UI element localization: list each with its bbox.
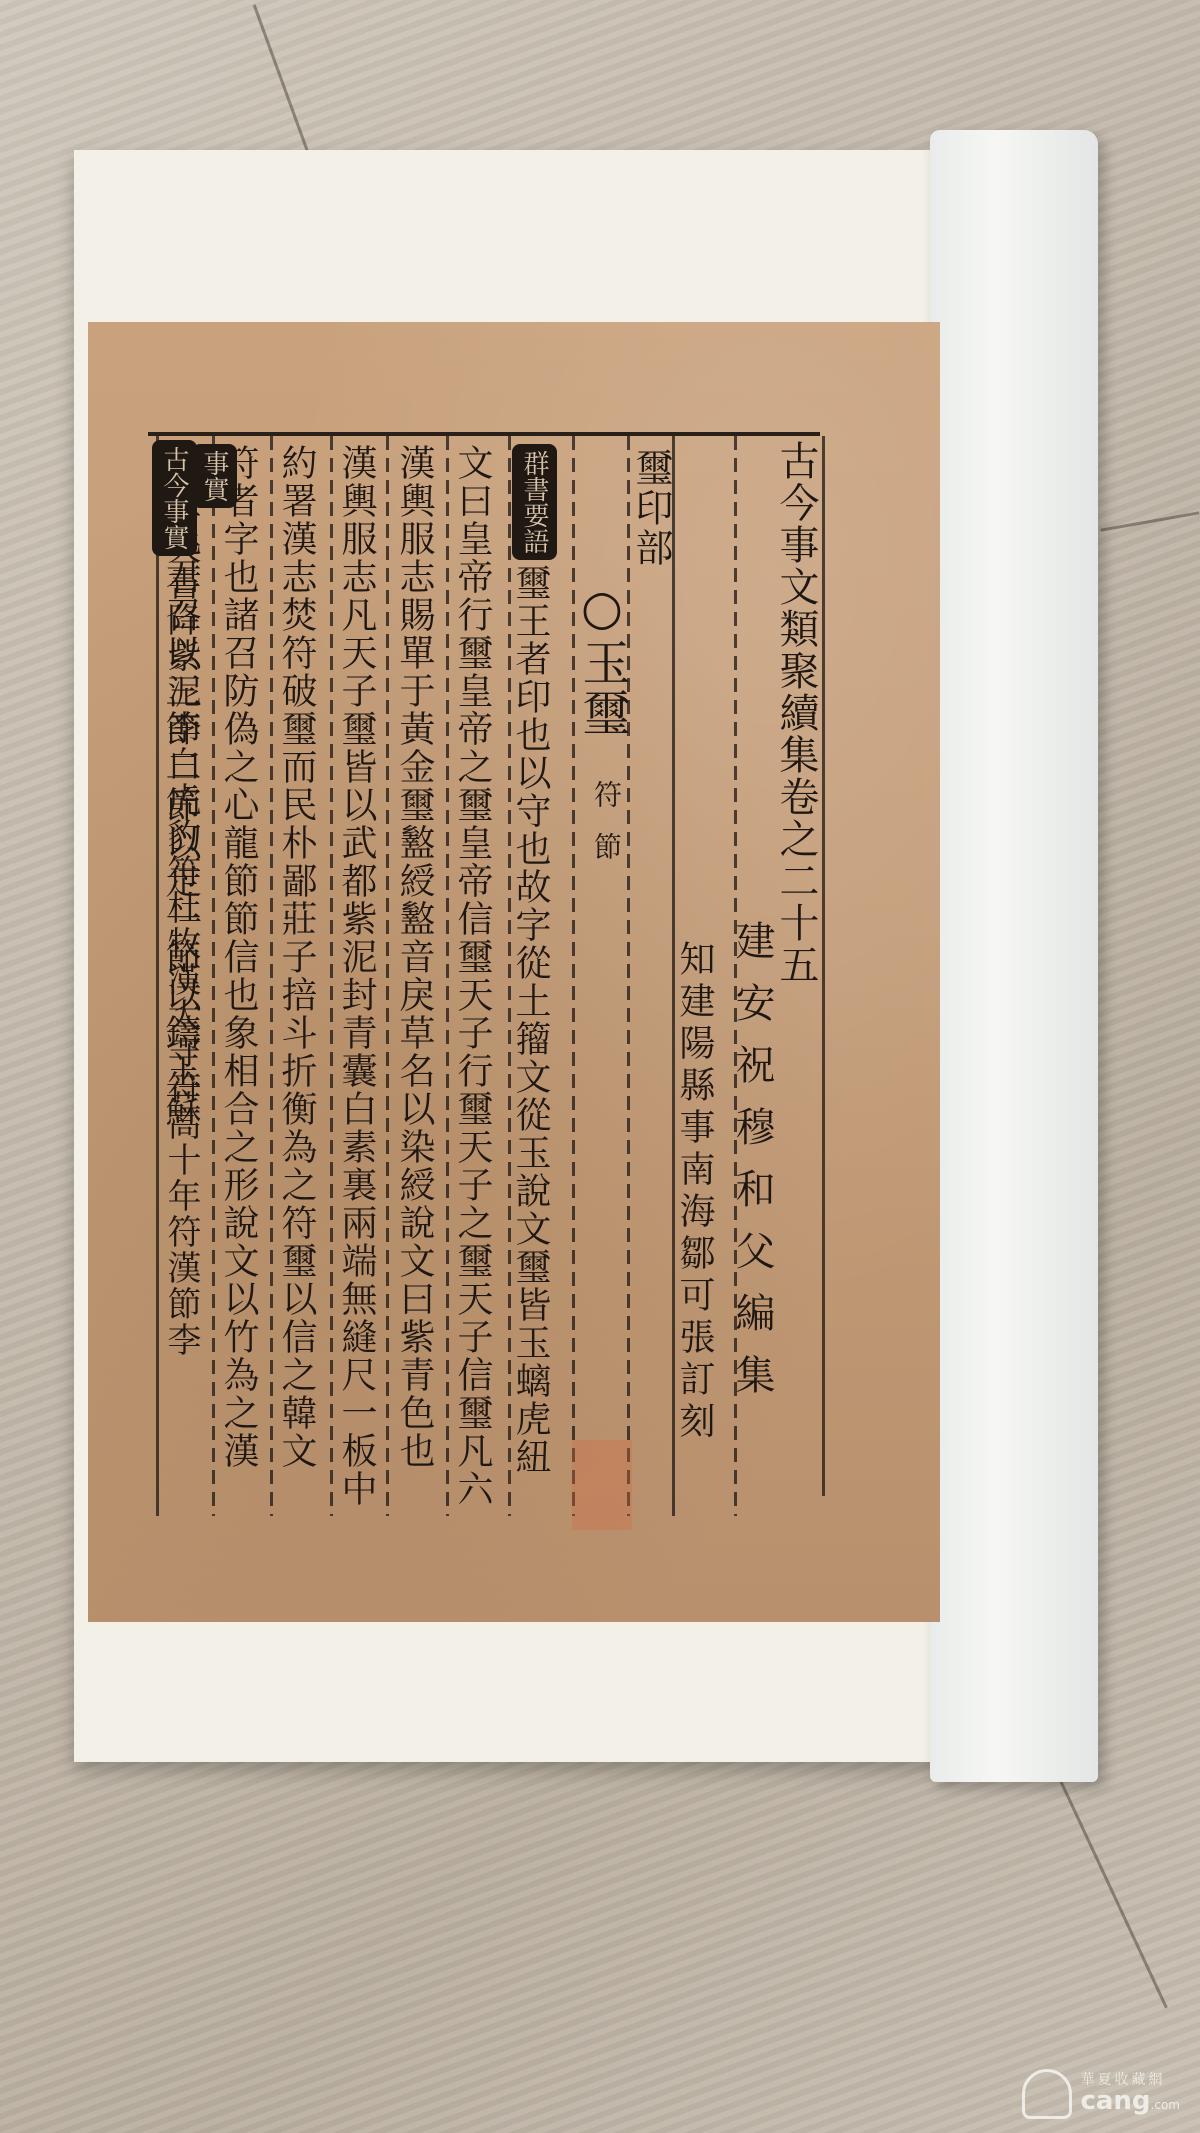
column-rule — [446, 436, 449, 1516]
column-rule — [270, 436, 273, 1516]
column-rule — [212, 436, 215, 1516]
floor-seam — [253, 4, 311, 155]
text-column: 天書降紫泥李白虎豹符杜牧漢太守符高十年符漢節李 — [164, 530, 198, 1358]
label-badge: 群書要語 — [512, 444, 557, 560]
entry-subheading: 符節 — [592, 780, 620, 884]
cang-logo-icon — [1022, 2069, 1072, 2119]
column-rule — [822, 436, 825, 1496]
title-column: 古今事文類聚續集卷之二十五 — [776, 440, 816, 986]
entry-heading: ○玉璽 — [578, 580, 626, 738]
floor-seam — [1100, 511, 1199, 531]
column-rule — [330, 436, 333, 1516]
section-heading: 璽印部 — [632, 448, 670, 568]
page-frame-top — [148, 432, 820, 436]
label-badge: 事實 — [192, 444, 237, 508]
author-line-2: 知建陽縣事南海鄒可張訂刻 — [676, 940, 712, 1444]
text-column: 璽王者印也以守也故字從土籀文從玉說文璽皆玉螭虎紐 — [512, 564, 548, 1476]
column-rule — [386, 436, 389, 1516]
book-spine — [930, 130, 1098, 1782]
red-seal-mark — [572, 1440, 632, 1530]
text-column: 漢輿服志凡天子璽皆以武都紫泥封青囊白素裏兩端無縫尺一板中 — [338, 444, 374, 1508]
floor-seam — [1055, 1772, 1168, 2009]
text-column: 符者字也諸召防偽之心龍節節信也象相合之形說文以竹為之漢 — [220, 444, 256, 1470]
label-badge: 古今事實 — [152, 440, 197, 556]
watermark-en: cang.com — [1080, 2088, 1180, 2115]
text-column: 漢輿服志賜單于黃金璽盭綬盭音戾草名以染綬說文曰紫青色也 — [396, 444, 432, 1470]
column-rule — [156, 436, 159, 1516]
text-column: 文曰皇帝行璽皇帝之璽皇帝信璽天子行璽天子之璽天子信璽凡六 — [454, 444, 490, 1508]
watermark: 華夏收藏網 cang.com — [1022, 2069, 1180, 2119]
author-line-1: 建安祝穆和父編集 — [732, 920, 772, 1416]
text-column: 約署漢志焚符破璽而民朴鄙莊子掊斗折衡為之符璽以信之韓文 — [278, 444, 314, 1470]
